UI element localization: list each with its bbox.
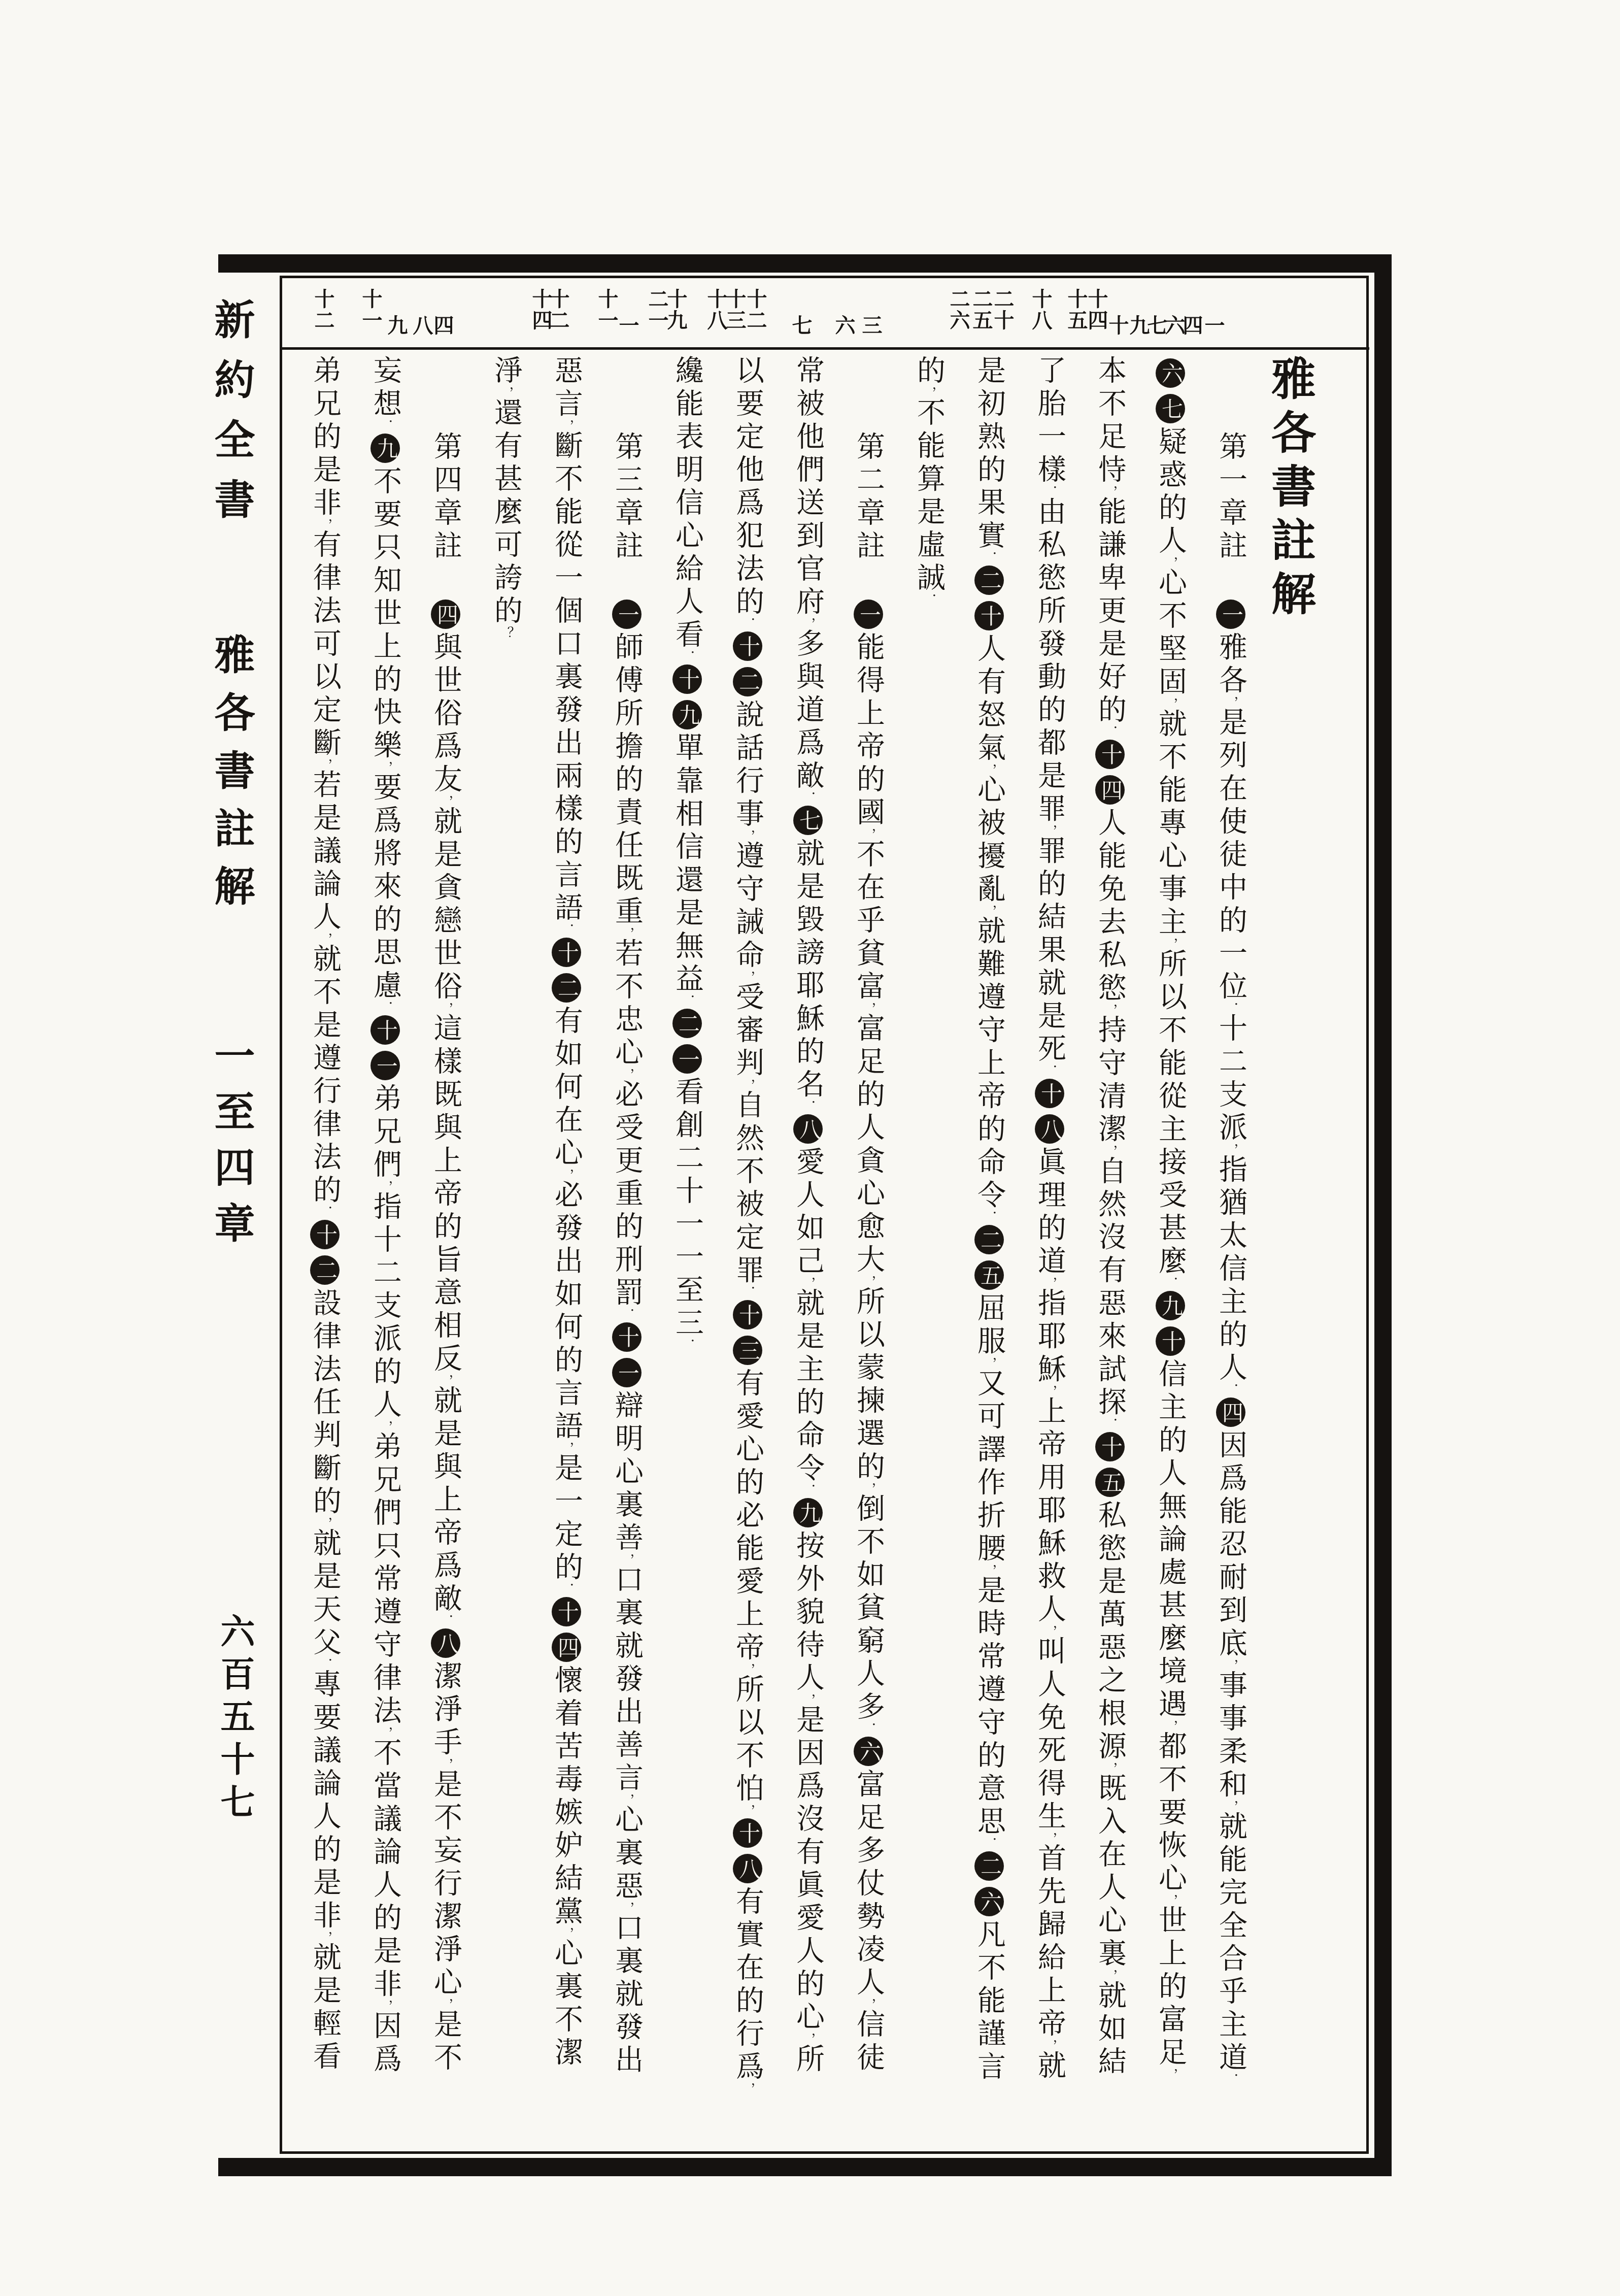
punctuation-mark: ， bbox=[982, 1357, 997, 1370]
punctuation-mark: ． bbox=[1224, 1002, 1238, 1015]
circled-verse-number: 十 bbox=[733, 1818, 762, 1848]
circled-verse-number: 六 bbox=[974, 1887, 1004, 1916]
margin-verse-number: 十 bbox=[1106, 315, 1128, 336]
margin-verse-number: 十二 bbox=[312, 288, 334, 331]
punctuation-mark: ， bbox=[861, 1998, 876, 2011]
circled-verse-number: 二 bbox=[974, 1851, 1004, 1881]
punctuation-mark: ， bbox=[1224, 1659, 1238, 1672]
circled-verse-number: 四 bbox=[1095, 775, 1125, 805]
margin-verse-number: 四 bbox=[431, 315, 453, 336]
punctuation-mark: ， bbox=[801, 2033, 816, 2046]
punctuation-mark: ． bbox=[1163, 1277, 1178, 1290]
margin-verse-number: 十八 bbox=[704, 288, 727, 331]
circled-verse-number: 一 bbox=[612, 600, 642, 629]
circled-verse-number: 六 bbox=[854, 1737, 883, 1766]
punctuation-mark: ． bbox=[1103, 1418, 1118, 1431]
sidebar-series-title: 新約全書 bbox=[204, 298, 260, 538]
punctuation-mark: ． bbox=[1042, 1064, 1057, 1078]
punctuation-mark: ， bbox=[861, 1002, 876, 1015]
punctuation-mark: ． bbox=[740, 1286, 755, 1299]
punctuation-mark: ， bbox=[378, 1420, 393, 1434]
punctuation-mark: ． bbox=[680, 650, 695, 663]
margin-verse-number: 六 bbox=[832, 315, 855, 336]
punctuation-mark: ． bbox=[680, 1339, 695, 1352]
punctuation-mark: ， bbox=[1163, 2068, 1178, 2081]
circled-verse-number: 十 bbox=[672, 664, 702, 694]
punctuation-mark: ， bbox=[861, 1482, 876, 1495]
circled-verse-number: 一 bbox=[854, 600, 883, 629]
punctuation-mark: ， bbox=[1103, 1145, 1118, 1158]
circled-verse-number: 四 bbox=[1216, 1397, 1245, 1427]
margin-verse-number: 三 bbox=[859, 315, 882, 336]
margin-verse-number: 十八 bbox=[1029, 288, 1052, 331]
sidebar-page-number: 六百五十七 bbox=[204, 1613, 260, 1826]
punctuation-mark: ， bbox=[740, 2082, 755, 2095]
circled-verse-number: 二 bbox=[974, 565, 1004, 595]
punctuation-mark: ， bbox=[740, 971, 755, 984]
margin-verse-number: 二六 bbox=[947, 288, 969, 331]
margin-verse-number: 十二 bbox=[744, 288, 766, 331]
text-column-10: 以要定他爲犯法的．十二說話行事，遵守誡命，受審判，自然不被定罪．十三有愛心的必能… bbox=[716, 355, 776, 2162]
punctuation-mark: ． bbox=[1224, 2073, 1238, 2086]
punctuation-mark: ， bbox=[1042, 2039, 1057, 2052]
punctuation-mark: ， bbox=[318, 933, 332, 946]
punctuation-mark: ， bbox=[861, 1275, 876, 1288]
punctuation-mark: ， bbox=[499, 386, 514, 400]
text-column-5: 了胎一樣．由私慾所發動的都是罪，罪的結果就是死．十八眞理的道，指耶穌，上帝用耶穌… bbox=[1018, 355, 1078, 2162]
punctuation-mark: ， bbox=[1103, 1762, 1118, 1775]
punctuation-mark: ， bbox=[1163, 697, 1178, 711]
punctuation-mark: ， bbox=[620, 927, 634, 940]
punctuation-mark: ． bbox=[1042, 485, 1057, 498]
circled-verse-number: 十 bbox=[733, 631, 762, 661]
sidebar-book-title: 雅各書註解 bbox=[204, 634, 260, 923]
punctuation-mark: ． bbox=[318, 1206, 332, 1219]
punctuation-mark: ， bbox=[620, 1793, 634, 1807]
margin-verse-number: 一 bbox=[1202, 315, 1224, 336]
scanned-book-page: 一四六七九十十四十五十八二十二五二六三六七十二十三十八十九二一一十一十二十四四八… bbox=[0, 0, 1620, 2296]
margin-verse-number: 二五 bbox=[970, 288, 992, 331]
punctuation-mark: ， bbox=[438, 1758, 453, 1771]
circled-verse-number: 十 bbox=[552, 938, 581, 967]
punctuation-mark: ， bbox=[1042, 1832, 1057, 1845]
margin-verse-number: 十四 bbox=[529, 288, 552, 331]
punctuation-mark: ， bbox=[438, 1374, 453, 1387]
punctuation-mark: ， bbox=[1224, 1143, 1238, 1156]
circled-verse-number: 八 bbox=[431, 1628, 460, 1658]
punctuation-mark: ， bbox=[620, 1068, 634, 1081]
circled-verse-number: 十 bbox=[552, 1597, 581, 1626]
text-column-11: 纔能表明信心給人看．十九單靠相信還是無益．二一看創二十一一至三． bbox=[655, 355, 716, 2162]
circled-verse-number: 一 bbox=[1216, 600, 1245, 629]
sidebar-chapter-range: 一至四章 bbox=[204, 1035, 260, 1258]
text-column-7: 的，不能算是虛誠． bbox=[897, 355, 957, 2162]
circled-verse-number: 一 bbox=[370, 1051, 400, 1080]
text-column-3: 六七疑惑的人，心不堅固，就不能專心事主，所以不能從主接受甚麼．九十信主的人無論處… bbox=[1138, 355, 1199, 2162]
punctuation-mark: ， bbox=[378, 1180, 393, 1193]
circled-verse-number: 十 bbox=[1095, 740, 1125, 769]
circled-verse-number: 七 bbox=[1156, 394, 1185, 423]
punctuation-mark: ， bbox=[801, 1693, 816, 1707]
circled-verse-number: 九 bbox=[1156, 1291, 1185, 1320]
punctuation-mark: ， bbox=[1042, 824, 1057, 838]
punctuation-mark: ， bbox=[1103, 1004, 1118, 1017]
punctuation-mark: ， bbox=[982, 1564, 997, 1577]
book-title-column: 雅各書註解 bbox=[1259, 355, 1320, 2162]
punctuation-mark: ， bbox=[922, 386, 936, 400]
text-column-14: 淨，還有甚麼可誇的？ bbox=[474, 355, 534, 2162]
punctuation-mark: ， bbox=[1224, 696, 1238, 709]
punctuation-mark: ． bbox=[861, 1722, 876, 1736]
punctuation-mark: ， bbox=[438, 795, 453, 808]
margin-verse-number: 十一 bbox=[595, 288, 618, 331]
punctuation-mark: ， bbox=[559, 1442, 574, 1455]
circled-verse-number: 二 bbox=[310, 1255, 340, 1285]
punctuation-mark: ， bbox=[801, 1277, 816, 1290]
margin-verse-number: 九 bbox=[1127, 315, 1149, 336]
punctuation-mark: ． bbox=[982, 551, 997, 564]
punctuation-mark: ， bbox=[982, 763, 997, 777]
punctuation-mark: ， bbox=[1163, 938, 1178, 951]
punctuation-mark: ， bbox=[740, 1804, 755, 1817]
text-column-9: 常被他們送到官府，多與道爲敵．七就是毀謗耶穌的名．八愛人如己，就是主的命令．九按… bbox=[776, 355, 836, 2162]
punctuation-mark: ， bbox=[861, 828, 876, 841]
margin-verse-number: 八 bbox=[410, 315, 432, 336]
punctuation-mark: ， bbox=[1042, 1625, 1057, 1638]
margin-verse-number: 一 bbox=[616, 315, 638, 336]
punctuation-mark: ． bbox=[801, 1100, 816, 1113]
circled-verse-number: 九 bbox=[672, 700, 702, 729]
punctuation-mark: ． bbox=[982, 1211, 997, 1224]
punctuation-mark: ， bbox=[620, 1553, 634, 1567]
circled-verse-number: 二 bbox=[974, 1225, 1004, 1254]
punctuation-mark: ． bbox=[438, 1614, 453, 1627]
punctuation-mark: ， bbox=[801, 617, 816, 630]
circled-verse-number: 十 bbox=[1156, 1326, 1185, 1356]
punctuation-mark: ， bbox=[318, 758, 332, 772]
punctuation-mark: ， bbox=[740, 1079, 755, 1092]
text-column-16: 妄想．九不要只知世上的快樂，要爲將來的思慮．十一弟兄們，指十二支派的人，弟兄們只… bbox=[353, 355, 414, 2162]
punctuation-mark: ． bbox=[559, 1583, 574, 1596]
circled-verse-number: 十 bbox=[1035, 1079, 1064, 1108]
margin-verse-number: 十一 bbox=[359, 288, 382, 331]
circled-verse-number: 十 bbox=[1095, 1432, 1125, 1461]
punctuation-mark: ， bbox=[559, 1927, 574, 1940]
circled-verse-number: 二 bbox=[552, 973, 581, 1003]
text-column-4: 本不足恃，能謙卑更是好的．十四人能免去私慾，持守清潔，自然沒有惡來試探．十五私慾… bbox=[1078, 355, 1138, 2162]
punctuation-mark: ， bbox=[740, 1663, 755, 1676]
punctuation-mark: ， bbox=[1042, 1385, 1057, 1398]
punctuation-mark: ， bbox=[1103, 485, 1118, 498]
punctuation-mark: ， bbox=[982, 905, 997, 918]
punctuation-mark: ， bbox=[378, 1726, 393, 1740]
punctuation-mark: ， bbox=[318, 518, 332, 531]
circled-verse-number: 四 bbox=[552, 1633, 581, 1662]
margin-verse-number: 七 bbox=[789, 315, 812, 336]
punctuation-mark: ， bbox=[1163, 1720, 1178, 1733]
punctuation-mark: ． bbox=[922, 593, 936, 607]
text-column-13: 惡言，斷不能從一個口裏發出兩樣的言語．十二有如何在心，必發出如何的言語，是一定的… bbox=[534, 355, 595, 2162]
punctuation-mark: ， bbox=[378, 761, 393, 774]
punctuation-mark: ， bbox=[1163, 1894, 1178, 1907]
circled-verse-number: 八 bbox=[733, 1854, 762, 1883]
punctuation-mark: ． bbox=[1103, 725, 1118, 739]
text-column-6: 是初熟的果實．二十人有怒氣，心被擾亂，就難遵守上帝的命令．二五屈服，又可譯作折腰… bbox=[957, 355, 1018, 2162]
circled-verse-number: 九 bbox=[370, 434, 400, 463]
punctuation-mark: ． bbox=[740, 617, 755, 630]
margin-verse-number: 十五 bbox=[1065, 288, 1087, 331]
punctuation-mark: ， bbox=[1163, 556, 1178, 570]
chapter-4-notes-column: 第四章註 四與世俗爲友，就是貪戀世俗，這樣既與上帝的旨意相反，就是與上帝爲敵．八… bbox=[414, 355, 474, 2162]
circled-verse-number: 五 bbox=[974, 1260, 1004, 1290]
frame-border-top bbox=[218, 254, 1392, 273]
punctuation-mark: ， bbox=[438, 1998, 453, 2011]
punctuation-mark: ． bbox=[318, 1658, 332, 1671]
punctuation-mark: ， bbox=[1103, 1969, 1118, 1982]
punctuation-mark: ， bbox=[1224, 1800, 1238, 1813]
punctuation-mark: ． bbox=[801, 1484, 816, 1497]
punctuation-mark: ， bbox=[438, 1002, 453, 1015]
punctuation-mark: ． bbox=[378, 1001, 393, 1014]
circled-verse-number: 九 bbox=[793, 1498, 823, 1527]
circled-verse-number: 八 bbox=[1035, 1114, 1064, 1144]
circled-verse-number: 四 bbox=[431, 600, 460, 629]
punctuation-mark: ， bbox=[318, 1931, 332, 1944]
circled-verse-number: 十 bbox=[733, 1300, 762, 1329]
punctuation-mark: ， bbox=[318, 1517, 332, 1530]
punctuation-mark: ， bbox=[1042, 1277, 1057, 1290]
circled-verse-number: 二 bbox=[672, 1009, 702, 1038]
text-column-17: 弟兄的是非，有律法可以定斷，若是議論人，就不是遵行律法的．十二設律法任判斷的，就… bbox=[293, 355, 353, 2162]
punctuation-mark: ， bbox=[620, 1902, 634, 1915]
circled-verse-number: 一 bbox=[672, 1044, 702, 1074]
circled-verse-number: 十 bbox=[974, 601, 1004, 630]
margin-verse-number: 十四 bbox=[1085, 288, 1107, 331]
punctuation-mark: ． bbox=[801, 791, 816, 805]
frame-border-right bbox=[1374, 254, 1392, 2176]
punctuation-mark: ． bbox=[559, 923, 574, 937]
punctuation-mark: ． bbox=[620, 1308, 634, 1321]
punctuation-mark: ． bbox=[1224, 1383, 1238, 1396]
chapter-3-notes-column: 第三章註 一師傅所擔的責任既重，若不忠心，必受更重的刑罰．十一辯明心裏善，口裏就… bbox=[595, 355, 655, 2162]
punctuation-mark: ？ bbox=[499, 626, 514, 640]
punctuation-mark: ， bbox=[378, 2000, 393, 2013]
circled-verse-number: 五 bbox=[1095, 1468, 1125, 1497]
punctuation-mark: ． bbox=[378, 419, 393, 432]
circled-verse-number: 三 bbox=[733, 1336, 762, 1365]
circled-verse-number: 十 bbox=[310, 1220, 340, 1249]
margin-verse-number: 九 bbox=[385, 315, 407, 336]
punctuation-mark: ， bbox=[740, 829, 755, 843]
punctuation-mark: ． bbox=[680, 994, 695, 1008]
punctuation-mark: ， bbox=[559, 419, 574, 432]
margin-verse-number: 二一 bbox=[646, 288, 668, 331]
circled-verse-number: 一 bbox=[612, 1358, 642, 1387]
margin-verse-number: 二十 bbox=[991, 288, 1014, 331]
punctuation-mark: ． bbox=[982, 1837, 997, 1850]
circled-verse-number: 七 bbox=[793, 806, 823, 835]
circled-verse-number: 十 bbox=[612, 1322, 642, 1352]
punctuation-mark: ， bbox=[559, 1169, 574, 1182]
chapter-1-notes-column: 第一章註 一雅各，是列在使徒中的一位．十二支派，指猶太信主的人．四因爲能忍耐到底… bbox=[1199, 355, 1259, 2162]
margin-row-rule bbox=[281, 347, 1369, 350]
circled-verse-number: 八 bbox=[793, 1114, 823, 1144]
circled-verse-number: 六 bbox=[1156, 358, 1185, 388]
circled-verse-number: 二 bbox=[733, 667, 762, 696]
chapter-2-notes-column: 第二章註 一能得上帝的國，不在乎貧富，富足的人貪心愈大，所以蒙揀選的，倒不如貧窮… bbox=[836, 355, 897, 2162]
circled-verse-number: 十 bbox=[370, 1015, 400, 1045]
